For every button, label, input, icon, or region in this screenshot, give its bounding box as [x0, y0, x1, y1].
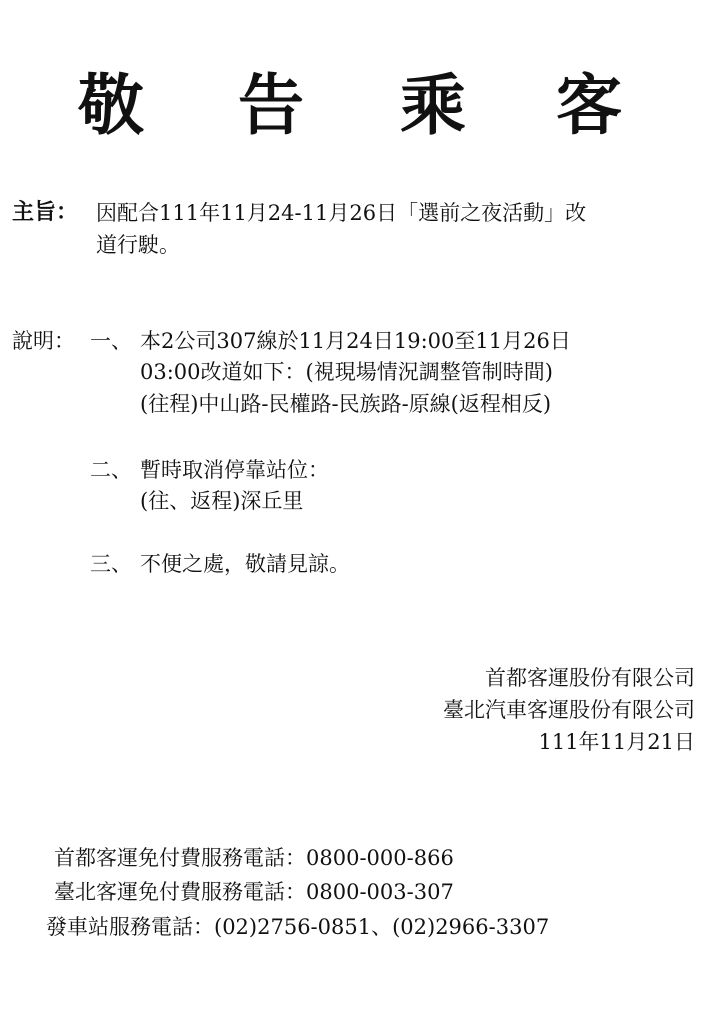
- item-2-line-2: (往、返程)深丘里: [140, 485, 303, 517]
- item-1-marker: 一、: [90, 325, 132, 357]
- item-1-line-3: (往程)中山路-民權路-民族路-原線(返程相反): [140, 388, 551, 420]
- contact-line-3: 發車站服務電話：(02)2756-0851、(02)2966-3307: [46, 911, 549, 943]
- subject-label: 主旨：: [12, 196, 78, 228]
- signature-company-1: 首都客運股份有限公司: [485, 662, 695, 694]
- subject-line-2: 道行駛。: [96, 229, 180, 261]
- item-1-line-2: 03:00改道如下：(視現場情況調整管制時間): [140, 356, 553, 388]
- contact-line-1: 首都客運免付費服務電話：0800-000-866: [54, 842, 454, 874]
- item-2-marker: 二、: [90, 454, 132, 486]
- title-char: 客: [556, 60, 622, 150]
- title-char: 告: [238, 60, 304, 150]
- explanation-label: 說明：: [12, 325, 75, 357]
- contact-line-2: 臺北客運免付費服務電話：0800-003-307: [54, 876, 454, 908]
- signature-company-2: 臺北汽車客運股份有限公司: [443, 694, 695, 726]
- item-3-marker: 三、: [90, 548, 132, 580]
- title-char: 乘: [400, 60, 466, 150]
- subject-line-1: 因配合111年11月24-11月26日「選前之夜活動」改: [96, 197, 586, 229]
- notice-title: 敬 告 乘 客: [0, 60, 709, 150]
- title-char: 敬: [78, 60, 144, 150]
- item-1-line-1: 本2公司307線於11月24日19:00至11月26日: [140, 325, 571, 357]
- item-3-line-1: 不便之處，敬請見諒。: [140, 548, 350, 580]
- signature-date: 111年11月21日: [538, 726, 695, 758]
- item-2-line-1: 暫時取消停靠站位：: [140, 454, 329, 486]
